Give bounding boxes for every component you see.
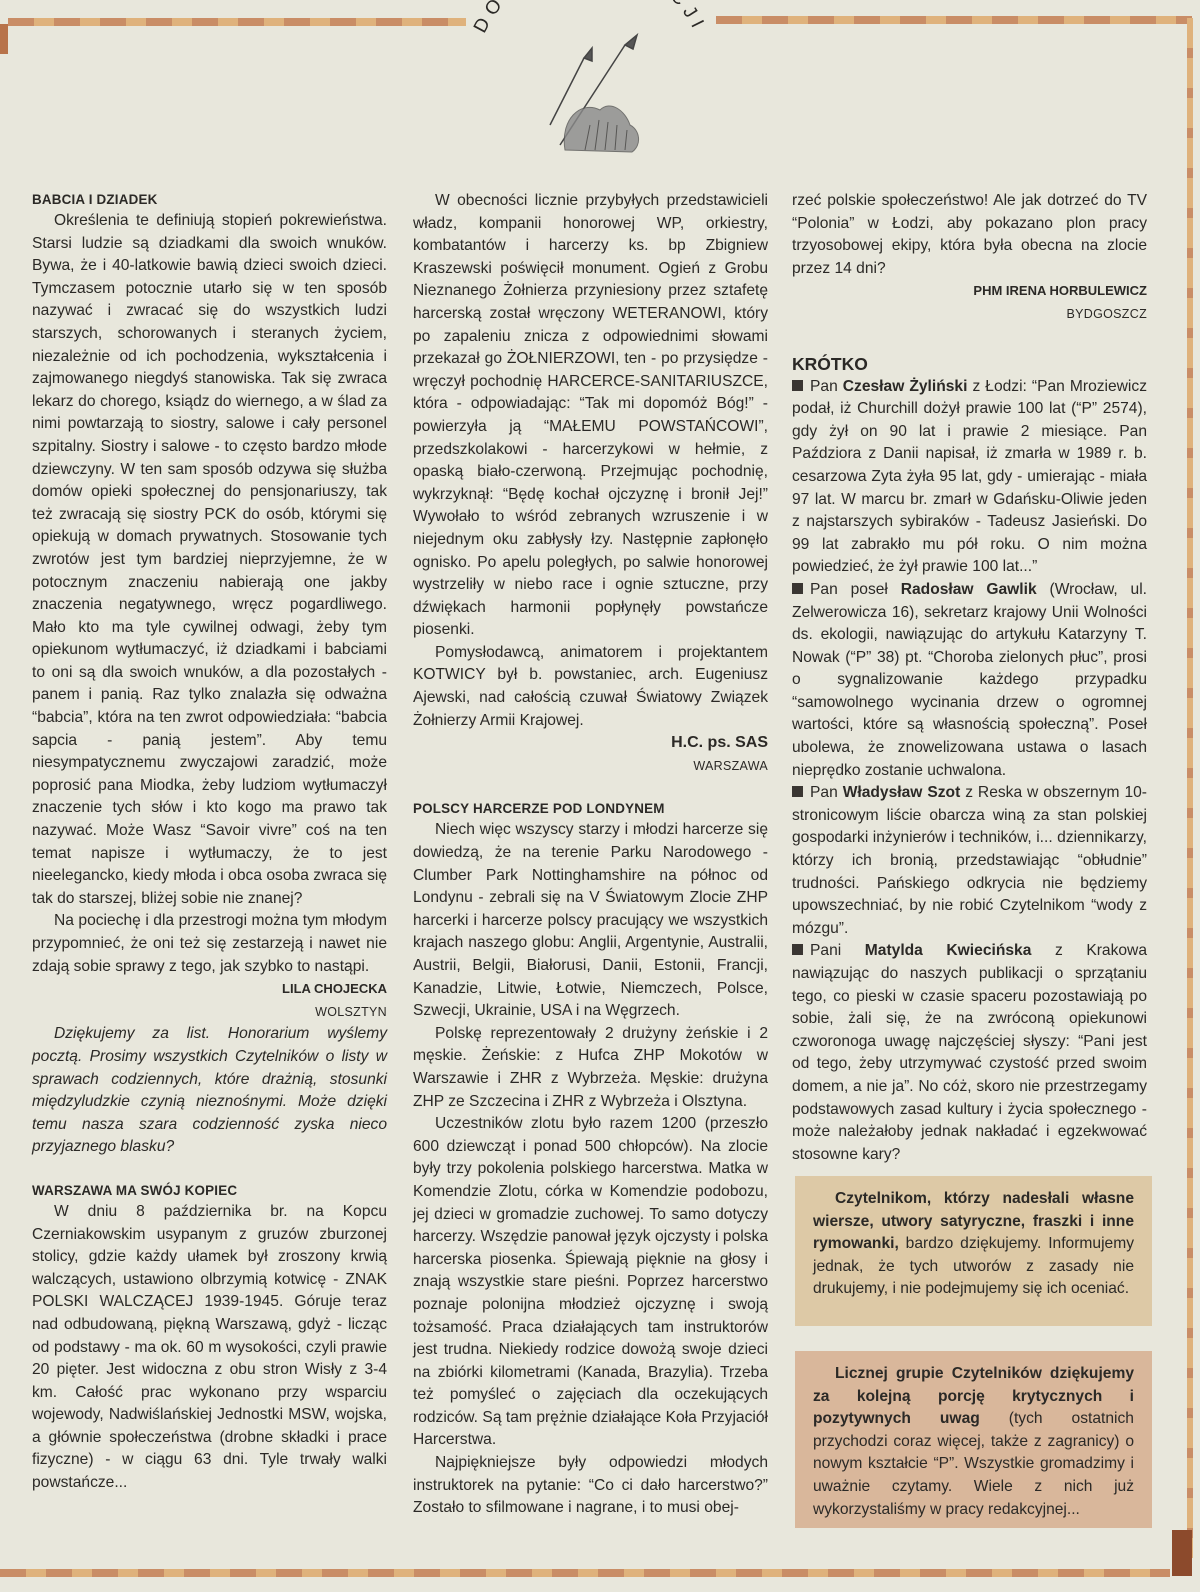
decorative-border-corner: [1172, 1530, 1192, 1576]
news-item: Pan Władysław Szot z Reska w obszernym 1…: [792, 782, 1147, 940]
square-bullet-icon: [792, 380, 803, 391]
article-paragraph: Najpiękniejsze były odpowiedzi młodych i…: [413, 1452, 768, 1520]
article-paragraph: Pomysłodawcą, animatorem i projektantem …: [413, 642, 768, 732]
person-name: Radosław Gawlik: [901, 581, 1037, 598]
author-place: Bydgoszcz: [792, 303, 1147, 326]
article-paragraph: Na pociechę i dla przestrogi można tym m…: [32, 910, 387, 978]
author-place: Warszawa: [413, 755, 768, 778]
column-1: Babcia i dziadek Określenia te definiują…: [32, 190, 387, 1495]
article-heading: Warszawa ma swój kopiec: [32, 1181, 387, 1201]
editor-note: Dziękujemy za list. Honorarium wyślemy p…: [32, 1023, 387, 1159]
author-place: Wolsztyn: [32, 1001, 387, 1024]
decorative-border-bottom: [0, 1569, 1170, 1577]
person-name: Władysław Szot: [843, 784, 961, 801]
quill-pen-arrow-icon: DO i OD REDAKCJI: [460, 0, 720, 170]
article-paragraph: rzeć polskie społeczeństwo! Ale jak dotr…: [792, 190, 1147, 280]
column-2: W obecności licznie przybyłych przedstaw…: [413, 190, 768, 1520]
article-paragraph: Uczestników zlotu było razem 1200 (przes…: [413, 1113, 768, 1452]
article-heading: Polscy harcerze pod Londynem: [413, 799, 768, 819]
article-paragraph: W obecności licznie przybyłych przedstaw…: [413, 190, 768, 642]
article-heading: Babcia i dziadek: [32, 190, 387, 210]
article-paragraph: Niech więc wszyscy starzy i młodzi harce…: [413, 819, 768, 1022]
section-heading-krotko: KRÓTKO: [792, 352, 1147, 376]
article-paragraph: Polskę reprezentowały 2 drużyny żeńskie …: [413, 1023, 768, 1113]
square-bullet-icon: [792, 944, 803, 955]
person-name: Czesław Żyliński: [843, 378, 968, 395]
article-paragraph: Określenia te definiują stopień pokrewie…: [32, 210, 387, 910]
editorial-notice-box: Czytelnikom, którzy nadesłali własne wie…: [795, 1176, 1152, 1326]
news-item: Pani Matylda Kwiecińska z Krakowa nawiąz…: [792, 940, 1147, 1166]
svg-text:DO i OD REDAKCJI: DO i OD REDAKCJI: [470, 0, 710, 37]
person-name: Matylda Kwiecińska: [865, 942, 1032, 959]
square-bullet-icon: [792, 583, 803, 594]
decorative-border-right: [1187, 18, 1193, 1558]
decorative-border-top-left: [8, 18, 466, 26]
author-signature: H.C. ps. SAS: [413, 732, 768, 755]
masthead: DO i OD REDAKCJI: [460, 0, 720, 170]
author-signature: phm Irena Horbulewicz: [792, 280, 1147, 303]
author-signature: Lila Chojecka: [32, 978, 387, 1001]
masthead-title: DO i OD REDAKCJI: [470, 0, 710, 37]
editorial-notice-box: Licznej grupie Czytelników dziękujemy za…: [795, 1351, 1152, 1528]
news-item: Pan Czesław Żyliński z Łodzi: “Pan Mrozi…: [792, 376, 1147, 579]
decorative-border-top-right: [716, 16, 1192, 24]
news-item: Pan poseł Radosław Gawlik (Wrocław, ul. …: [792, 579, 1147, 782]
square-bullet-icon: [792, 786, 803, 797]
column-3: rzeć polskie społeczeństwo! Ale jak dotr…: [792, 190, 1147, 1166]
decorative-border-corner: [0, 24, 8, 54]
article-paragraph: W dniu 8 października br. na Kopcu Czern…: [32, 1201, 387, 1495]
